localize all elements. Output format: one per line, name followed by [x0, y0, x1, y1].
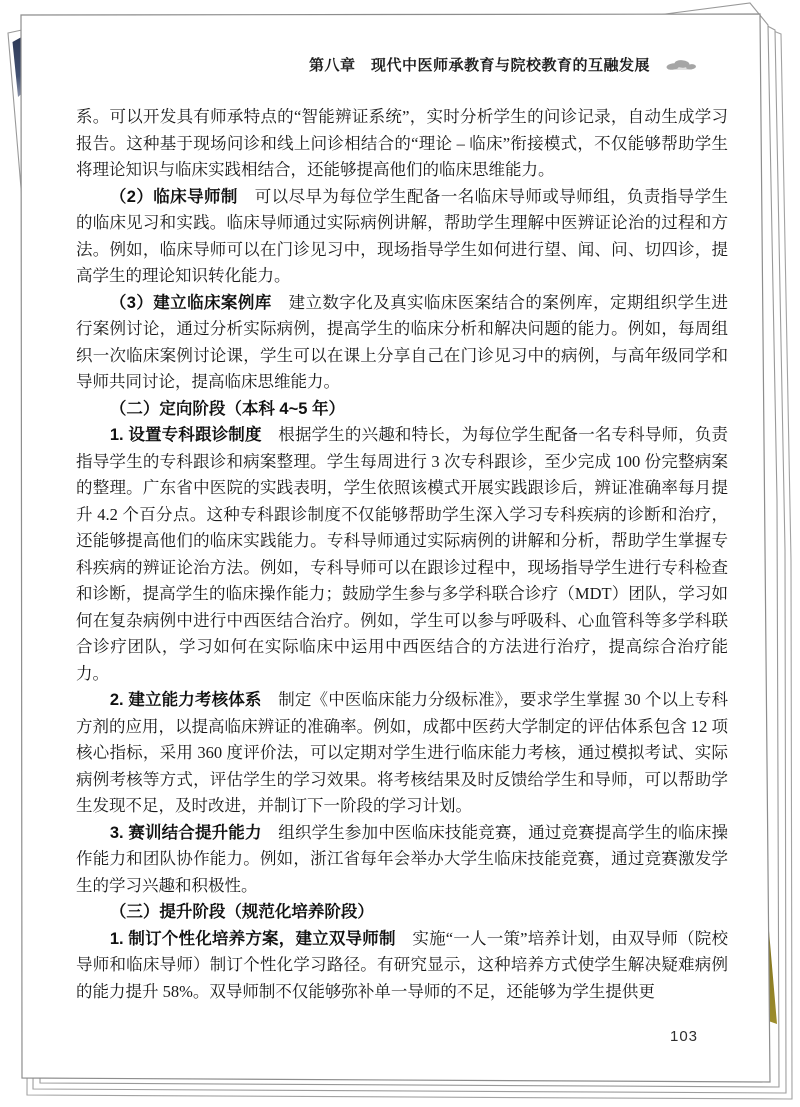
paragraph-label: （3）建立临床案例库 [110, 294, 272, 312]
paragraph-label: 1. 制订个性化培养方案，建立双导师制 [110, 930, 396, 948]
paragraph: 1. 设置专科跟诊制度 根据学生的兴趣和特长，为每位学生配备一名专科导师，负责指… [76, 422, 728, 687]
paragraph-label: 3. 赛训结合提升能力 [110, 824, 262, 842]
paragraph: 1. 制订个性化培养方案，建立双导师制 实施“一人一策”培养计划，由双导师（院校… [76, 926, 728, 1006]
paragraph-label: 1. 设置专科跟诊制度 [110, 426, 262, 444]
page-number: 103 [654, 1028, 714, 1045]
paragraph-label: （2）临床导师制 [110, 188, 238, 206]
paragraph: 2. 建立能力考核体系 制定《中医临床能力分级标准》，要求学生掌握 30 个以上… [76, 687, 728, 820]
paragraph-label: （三）提升阶段（规范化培养阶段） [110, 903, 374, 921]
chapter-header: 第八章 现代中医师承教育与院校教育的互融发展 [76, 54, 698, 76]
paragraph: （3）建立临床案例库 建立数字化及真实临床医案结合的案例库，定期组织学生进行案例… [76, 290, 728, 396]
section-heading: （三）提升阶段（规范化培养阶段） [76, 899, 728, 926]
paragraph-label: （二）定向阶段（本科 4~5 年） [110, 400, 345, 418]
paragraph-label: 2. 建立能力考核体系 [110, 691, 262, 709]
paragraph: 系。可以开发具有师承特点的“智能辨证系统”，实时分析学生的问诊记录，自动生成学习… [76, 104, 728, 184]
section-heading: （二）定向阶段（本科 4~5 年） [76, 396, 728, 423]
body-text: 系。可以开发具有师承特点的“智能辨证系统”，实时分析学生的问诊记录，自动生成学习… [76, 104, 728, 1005]
scanned-book-page: 第八章 现代中医师承教育与院校教育的互融发展 系。可以开发具有师承特点的“智能辨… [0, 0, 800, 1107]
paragraph: 3. 赛训结合提升能力 组织学生参加中医临床技能竞赛，通过竞赛提高学生的临床操作… [76, 820, 728, 900]
chapter-title: 第八章 现代中医师承教育与院校教育的互融发展 [309, 57, 650, 74]
paragraph: （2）临床导师制 可以尽早为每位学生配备一名临床导师或导师组，负责指导学生的临床… [76, 184, 728, 290]
leaf-ornament-icon [664, 58, 698, 76]
